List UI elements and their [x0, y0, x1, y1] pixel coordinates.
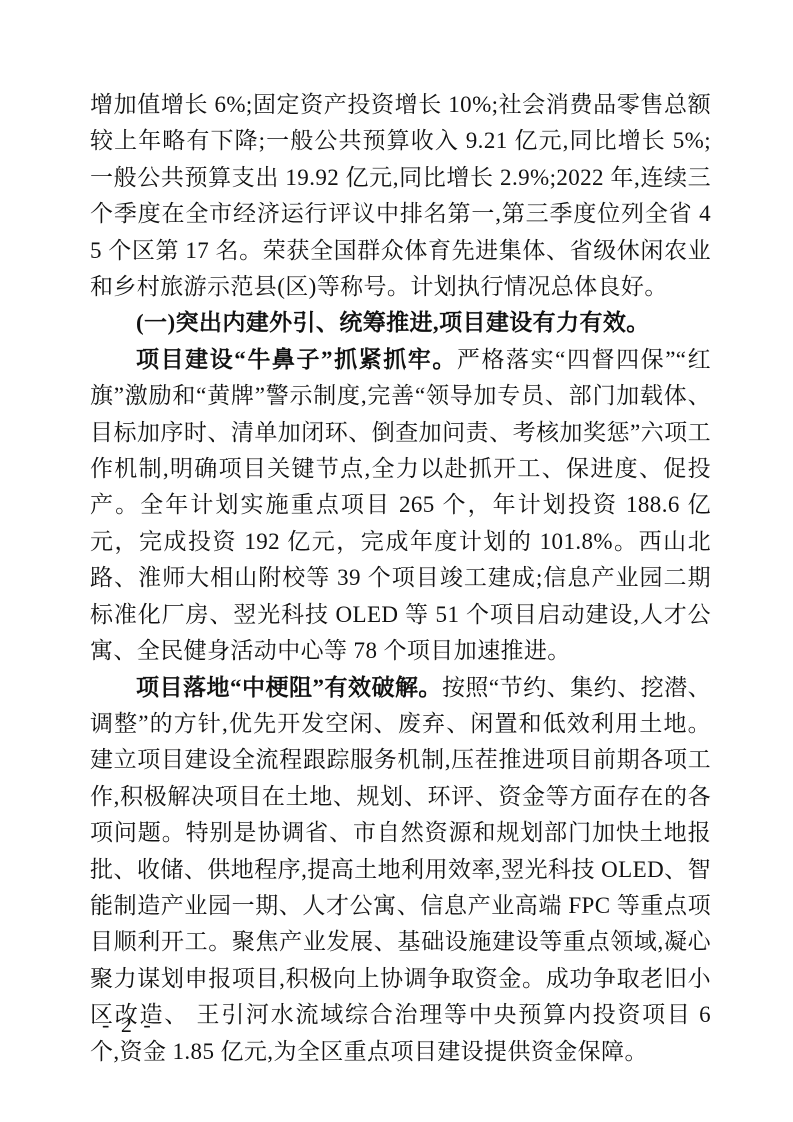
para-continuation: 增加值增长 6%;固定资产投资增长 10%;社会消费品零售总额较上年略有下降;一…: [90, 87, 711, 305]
section-heading-text-heading: (一)突出内建外引、统筹推进,项目建设有力有效。: [136, 310, 650, 335]
para-project-landing: 项目落地“中梗阻”有效破解。按照“节约、集约、挖潜、调整”的方针,优先开发空闲、…: [90, 670, 711, 1070]
para-project-landing-text-bold: 项目落地“中梗阻”有效破解。: [136, 675, 442, 700]
section-heading: (一)突出内建外引、统筹推进,项目建设有力有效。: [90, 305, 711, 341]
document-body: 增加值增长 6%;固定资产投资增长 10%;社会消费品零售总额较上年略有下降;一…: [90, 87, 711, 1070]
para-project-landing-text-normal: 按照“节约、集约、挖潜、调整”的方针,优先开发空闲、废弃、闲置和低效利用土地。建…: [90, 675, 711, 1064]
para-project-construction-text-bold: 项目建设“牛鼻子”抓紧抓牢。: [136, 347, 457, 372]
para-project-construction: 项目建设“牛鼻子”抓紧抓牢。严格落实“四督四保”“红旗”激励和“黄牌”警示制度,…: [90, 342, 711, 670]
para-continuation-text-normal: 增加值增长 6%;固定资产投资增长 10%;社会消费品零售总额较上年略有下降;一…: [90, 92, 711, 299]
para-project-construction-text-normal: 严格落实“四督四保”“红旗”激励和“黄牌”警示制度,完善“领导加专员、部门加载体…: [90, 347, 711, 663]
page-number: - 2 -: [102, 1012, 154, 1038]
document-page: 增加值增长 6%;固定资产投资增长 10%;社会消费品零售总额较上年略有下降;一…: [0, 0, 793, 1122]
